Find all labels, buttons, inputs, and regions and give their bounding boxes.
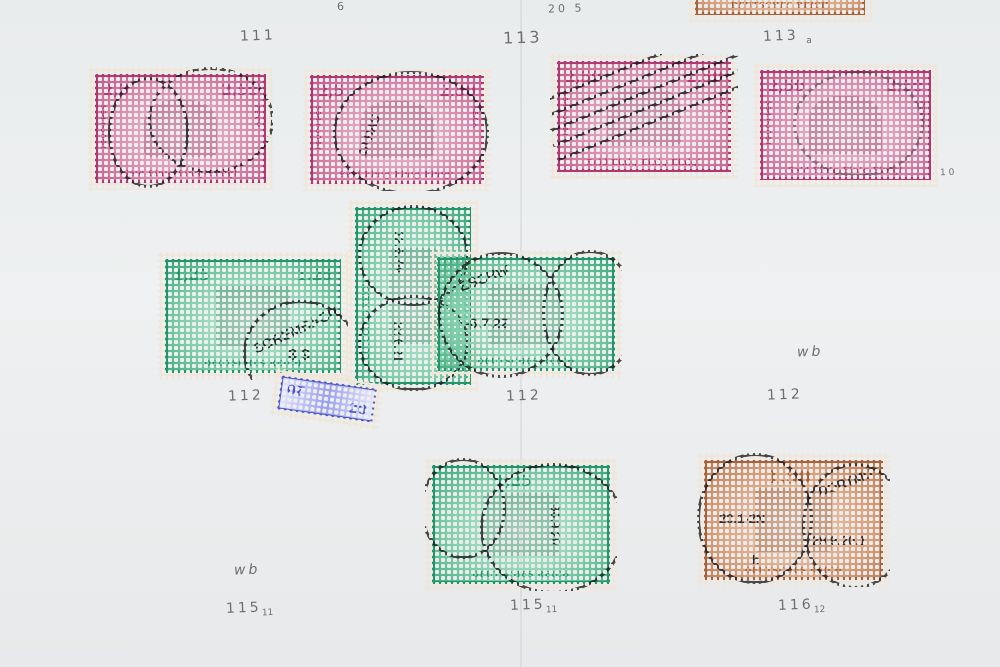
stamp-value: 20: [348, 401, 368, 418]
stamp-2-50-mark-1: 2,5 2,50 DEUTSCHES REICH Seid Einig-Eini…: [88, 67, 273, 190]
stamp-value: 2,50: [886, 77, 923, 95]
catalogue-number-text: 113: [763, 28, 799, 45]
stamp-inscription: DEUTSCHES REICH: [698, 0, 862, 10]
catalogue-number-text: 116: [778, 597, 814, 614]
stamp-inscription: DEUTSCHES REICH: [361, 280, 371, 366]
stamp-2-50-mark-2: 2,5 2,50 DEUTSCHES REICH Seid Einig-Eini…: [303, 68, 491, 191]
stamp-value: 1,25: [495, 472, 532, 490]
catalogue-sub: 12: [814, 605, 826, 615]
catalogue-number: 11612: [778, 596, 826, 616]
catalogue-number: 111: [240, 27, 276, 44]
catalogue-number: 112: [506, 387, 542, 404]
stamp-motto: Seid Einig-Einig-Einig!: [763, 165, 928, 175]
stamp-inscription: DEUTSCHES: [766, 101, 773, 144]
handwritten-note: wb: [234, 562, 261, 579]
stamp-inscription: DEUTSCHES: [563, 92, 570, 135]
building-vignette: [216, 286, 291, 347]
catalogue-number-text: 115: [510, 597, 546, 614]
stamp-value: 2,50: [221, 81, 258, 99]
stamp-value: 2,50: [565, 68, 602, 86]
stamp-value: 1,25: [296, 266, 333, 284]
stamp-2-50-mark-3: 2,50 2,50 DEUTSCHES REICH Seid Einig-Ein…: [550, 54, 738, 179]
stamp-motto: Seid Einig-Einig-Einig!: [560, 157, 728, 167]
catalogue-number: 113: [503, 27, 543, 47]
stamp-value: 2,5: [318, 82, 344, 100]
building-vignette: [488, 284, 564, 345]
building-vignette: [483, 493, 559, 556]
catalogue-number: 112: [767, 386, 803, 403]
allegory-figures: [809, 96, 882, 154]
allegory-figures: [144, 100, 217, 158]
stamp-inscription: DEUTSCHES: [101, 105, 108, 148]
stamp-1-25-mark-4: 1,25 DEUTSCHES REICH 30.9.20: [425, 458, 617, 591]
stamp-value: 1,25: [173, 266, 210, 284]
pencil-note: 6: [337, 0, 347, 13]
stamp-motto: Seid Einig-Einig-Einig!: [313, 169, 481, 179]
stamp-1-25-mark-1: 1,25 1,25 DEUTSCHES REICH SOREMBACH 8 9: [158, 252, 348, 380]
stamp-inscription: DEUTSCHES REICH: [440, 356, 612, 366]
stamp-inscription: REICH: [918, 101, 925, 123]
stamp-1-50-mark: 1,50 DEUTSCHES REICH 20.1-2N DORTMU 29.9…: [697, 453, 890, 587]
catalogue-sub: 11: [262, 608, 274, 618]
stamp-top-partial: DEUTSCHES REICH: [688, 0, 872, 22]
allegory-figures: [607, 87, 681, 146]
catalogue-mark: a: [806, 36, 812, 46]
catalogue-number-text: 115: [226, 600, 262, 617]
stamp-value: 2,5: [103, 81, 129, 99]
stamp-inscription: DEUTSCHES REICH: [168, 358, 338, 368]
stamp-inscription: DEUTSCHES REICH: [435, 569, 607, 579]
stamp-inscription: DEUTSCHES: [316, 106, 323, 149]
catalogue-number: 112: [228, 387, 264, 404]
stamp-inscription: REICH: [471, 106, 478, 128]
stamp-value: 2,50: [686, 68, 723, 86]
stamp-2-50-mark-4: 2,50 2,50 DEUTSCHES REICH Seid Einig-Ein…: [753, 63, 938, 187]
stamp-1-25-mark-3: DEUTSCHES REICH ESCHW -6.7.22: [430, 250, 622, 378]
stamp-value: 2,50: [768, 77, 805, 95]
building-vignette: [755, 488, 831, 552]
pencil-note: 10: [940, 168, 958, 179]
catalogue-number: 113 a: [763, 27, 812, 47]
catalogue-number: 11511: [226, 599, 274, 619]
catalogue-sub: 11: [546, 605, 558, 615]
stamp-value: 20: [286, 380, 306, 397]
stamp-value: 2,50: [439, 82, 476, 100]
stamp-motto: Seid Einig-Einig-Einig!: [98, 168, 263, 178]
handwritten-note: wb: [797, 344, 824, 361]
stamp-inscription: REICH: [718, 92, 725, 114]
stamp-inscription: REICH: [253, 105, 260, 127]
stamp-inscription: DEUTSCHES REICH: [707, 565, 880, 575]
catalogue-number: 11511: [510, 596, 558, 616]
pencil-note: 20 5: [548, 1, 585, 15]
allegory-figures: [360, 101, 434, 159]
stamp-value: 1,50: [767, 467, 811, 488]
